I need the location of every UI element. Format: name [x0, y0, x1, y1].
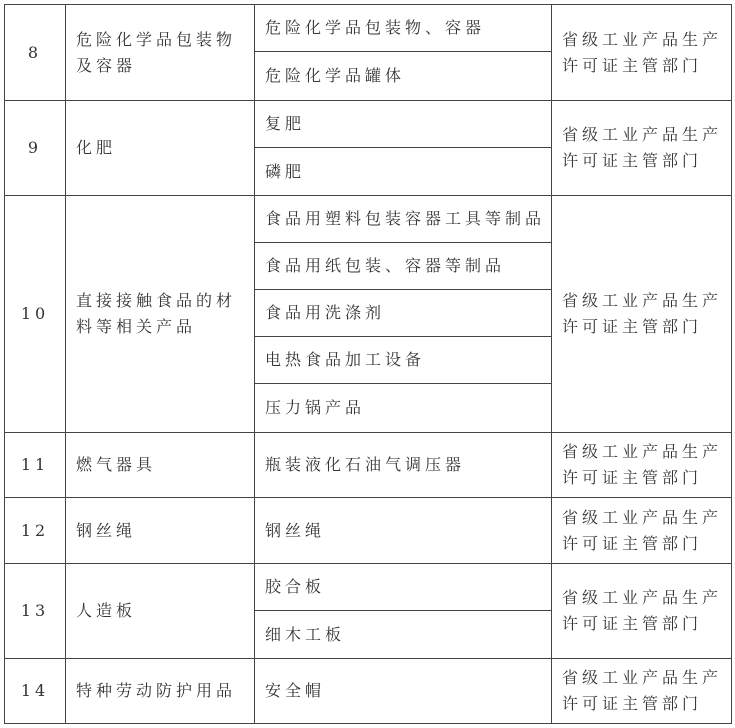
category-cell: 人造板 — [66, 564, 255, 659]
product-cell: 食品用塑料包装容器工具等制品 — [255, 196, 552, 243]
product-cell: 食品用洗涤剂 — [255, 290, 552, 337]
product-cell: 食品用纸包装、容器等制品 — [255, 243, 552, 290]
row-number: 10 — [5, 196, 66, 433]
category-cell: 直接接触食品的材料等相关产品 — [66, 196, 255, 433]
authority-cell: 省级工业产品生产许可证主管部门 — [552, 196, 732, 433]
category-cell: 钢丝绳 — [66, 498, 255, 564]
table-row: 10 直接接触食品的材料等相关产品 食品用塑料包装容器工具等制品 省级工业产品生… — [5, 196, 732, 243]
product-cell: 胶合板 — [255, 564, 552, 611]
product-cell: 危险化学品罐体 — [255, 52, 552, 101]
license-catalog-table: 8 危险化学品包装物及容器 危险化学品包装物、容器 省级工业产品生产许可证主管部… — [4, 4, 732, 724]
authority-cell: 省级工业产品生产许可证主管部门 — [552, 101, 732, 196]
product-cell: 钢丝绳 — [255, 498, 552, 564]
category-cell: 燃气器具 — [66, 433, 255, 498]
row-number: 14 — [5, 659, 66, 724]
row-number: 8 — [5, 5, 66, 101]
category-cell: 特种劳动防护用品 — [66, 659, 255, 724]
table-row: 13 人造板 胶合板 省级工业产品生产许可证主管部门 — [5, 564, 732, 611]
authority-cell: 省级工业产品生产许可证主管部门 — [552, 498, 732, 564]
table-row: 11 燃气器具 瓶装液化石油气调压器 省级工业产品生产许可证主管部门 — [5, 433, 732, 498]
product-cell: 压力锅产品 — [255, 384, 552, 433]
row-number: 11 — [5, 433, 66, 498]
authority-cell: 省级工业产品生产许可证主管部门 — [552, 433, 732, 498]
product-cell: 瓶装液化石油气调压器 — [255, 433, 552, 498]
category-cell: 化肥 — [66, 101, 255, 196]
table-row: 14 特种劳动防护用品 安全帽 省级工业产品生产许可证主管部门 — [5, 659, 732, 724]
product-cell: 电热食品加工设备 — [255, 337, 552, 384]
table-row: 12 钢丝绳 钢丝绳 省级工业产品生产许可证主管部门 — [5, 498, 732, 564]
row-number: 12 — [5, 498, 66, 564]
product-cell: 复肥 — [255, 101, 552, 148]
product-cell: 磷肥 — [255, 148, 552, 196]
table-row: 9 化肥 复肥 省级工业产品生产许可证主管部门 — [5, 101, 732, 148]
authority-cell: 省级工业产品生产许可证主管部门 — [552, 564, 732, 659]
authority-cell: 省级工业产品生产许可证主管部门 — [552, 5, 732, 101]
category-cell: 危险化学品包装物及容器 — [66, 5, 255, 101]
product-cell: 细木工板 — [255, 611, 552, 659]
table-row: 8 危险化学品包装物及容器 危险化学品包装物、容器 省级工业产品生产许可证主管部… — [5, 5, 732, 52]
row-number: 13 — [5, 564, 66, 659]
authority-cell: 省级工业产品生产许可证主管部门 — [552, 659, 732, 724]
row-number: 9 — [5, 101, 66, 196]
product-cell: 危险化学品包装物、容器 — [255, 5, 552, 52]
product-cell: 安全帽 — [255, 659, 552, 724]
